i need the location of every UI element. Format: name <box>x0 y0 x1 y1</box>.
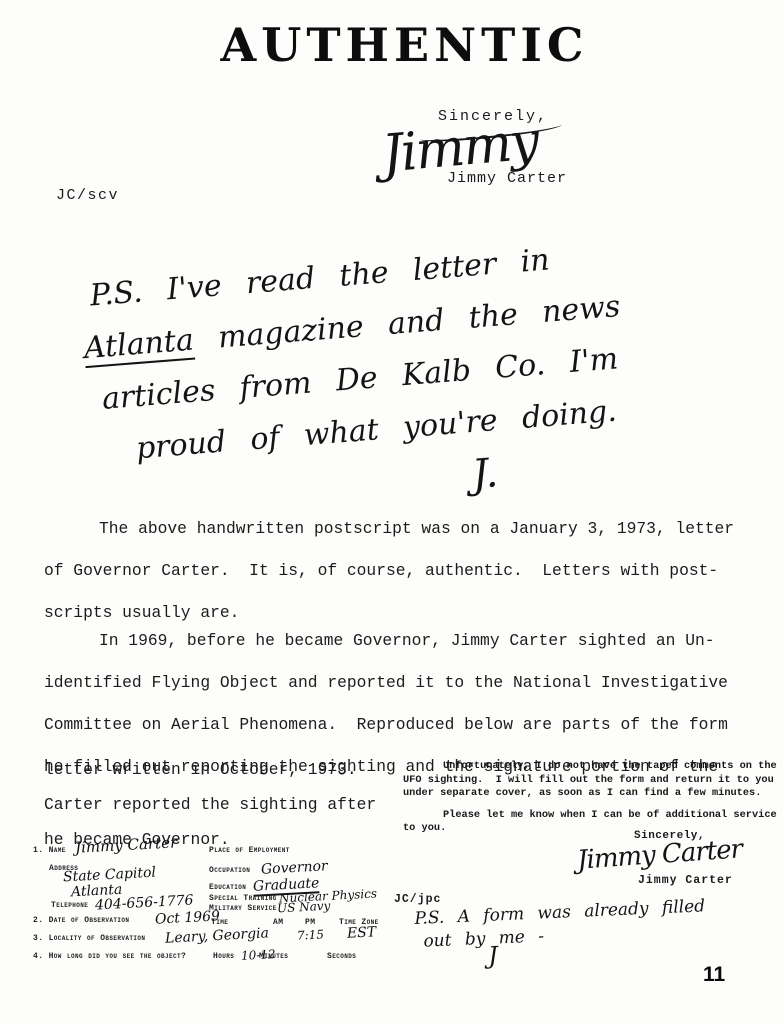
note-text-line: UFO sighting. I will fill out the form a… <box>403 774 775 788</box>
form-telephone-label: Telephone <box>51 901 88 910</box>
body-text-line: Committee on Aerial Phenomena. Reproduce… <box>44 704 754 746</box>
note-text-line: Please let me know when I can be of addi… <box>403 809 775 823</box>
note-text-line: Unfortunately, I do not have the taped c… <box>403 760 775 774</box>
form-occupation-label: Occupation <box>209 866 250 875</box>
body-paragraph-1: The above handwritten postscript was on … <box>44 508 754 634</box>
page-title: AUTHENTIC <box>13 18 783 72</box>
form-minutes-label: Minutes <box>259 952 288 961</box>
form-duration-label: 4. How long did you see the object? <box>33 952 186 961</box>
handwritten-postscript-top: P.S. I've read the letter in Atlanta mag… <box>70 221 738 531</box>
form-seconds-label: Seconds <box>327 952 356 961</box>
body-text-line: Carter reported the sighting after <box>44 787 409 822</box>
note-text-line: to you. <box>403 822 775 836</box>
form-education-label: Education <box>209 883 246 892</box>
scanned-document-page: AUTHENTIC Sincerely, Jimmy Jimmy Carter … <box>0 0 783 1024</box>
signature-script-jimmy-carter: Jimmy Carter <box>576 834 743 875</box>
note-text-line: under separate cover, as soon as I can f… <box>403 787 775 801</box>
form-pm-label: PM <box>305 918 315 927</box>
form-name-value: Jimmy Carter <box>75 833 178 856</box>
typist-initials-top: JC/scv <box>56 187 119 204</box>
body-text-line: identified Flying Object and reported it… <box>44 662 754 704</box>
body-text-line: The above handwritten postscript was on … <box>44 508 754 550</box>
page-number: 11 <box>703 963 725 987</box>
form-am-label: AM <box>273 918 283 927</box>
handwritten-postscript-bottom: P.S. A form was already filled out by me… <box>414 895 707 971</box>
form-military-service-label: Military Service <box>209 904 277 913</box>
body-text-line: In 1969, before he became Governor, Jimm… <box>44 620 754 662</box>
form-time-value: 7:15 <box>297 927 325 942</box>
body-text-line: of Governor Carter. It is, of course, au… <box>44 550 754 592</box>
reproduced-letter-note: Unfortunately, I do not have the taped c… <box>403 760 775 836</box>
underlined-word-atlanta: Atlanta <box>83 323 196 369</box>
form-locality-value: Leary, Georgia <box>165 925 270 946</box>
form-hours-label: Hours <box>213 952 234 961</box>
form-special-training-label: Special Training <box>209 894 277 903</box>
letter-bottom-typed-name: Jimmy Carter <box>638 874 733 887</box>
form-name-label: 1. Name <box>33 846 66 855</box>
letter-top-typed-name: Jimmy Carter <box>447 170 567 187</box>
form-time-label: Time <box>211 918 228 927</box>
form-locality-label: 3. Locality of Observation <box>33 934 145 943</box>
form-time-zone-value: EST <box>347 924 377 942</box>
form-military-service-value: US Navy <box>277 899 331 916</box>
form-date-of-observation-label: 2. Date of Observation <box>33 916 129 925</box>
form-place-of-employment-label: Place of Employment <box>209 846 290 855</box>
body-text-line: letter written in October, 1973. <box>44 752 409 787</box>
ufo-report-form: 1. Name Jimmy Carter Address State Capit… <box>33 840 418 975</box>
